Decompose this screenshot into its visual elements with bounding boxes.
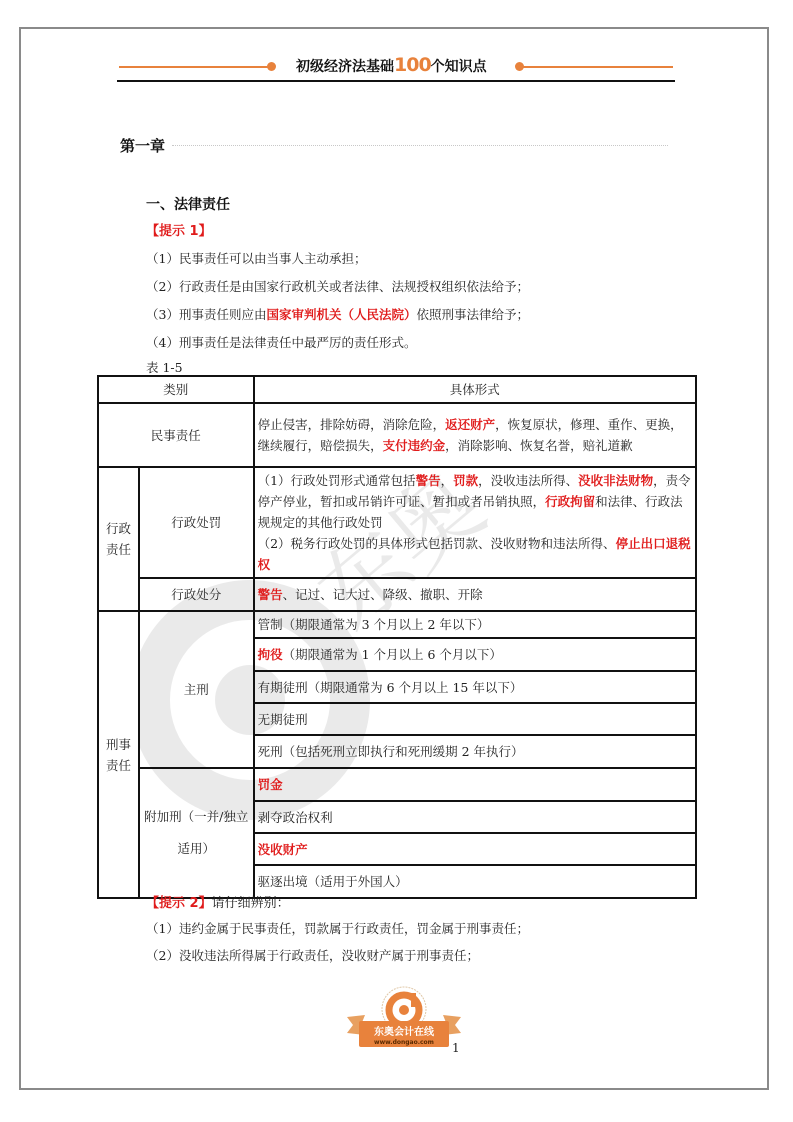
header-title: 初级经济法基础100个知识点 <box>296 54 487 76</box>
table-row-civil: 民事责任 停止侵害，排除妨碍，消除危险，返还财产，恢复原状，修理、重作、更换，继… <box>98 403 696 467</box>
header-dot-left <box>267 62 276 71</box>
chapter-rule <box>172 145 668 146</box>
supplementary-item: 没收财产 <box>254 833 696 865</box>
header-line-right <box>523 66 673 68</box>
tip1-item-3: （3）刑事责任则应由国家审判机关（人民法院）依照刑事法律给予； <box>146 305 529 323</box>
table-header-row: 类别 具体形式 <box>98 376 696 403</box>
criminal-category: 刑事责任 <box>98 611 139 898</box>
principal-item: 管制（期限通常为 3 个月以上 2 年以下） <box>254 611 696 638</box>
tip1-item-4: （4）刑事责任是法律责任中最严厉的责任形式。 <box>146 333 416 351</box>
header-title-prefix: 初级经济法基础 <box>296 59 394 75</box>
principal-item: 拘役（期限通常为 1 个月以上 6 个月以下） <box>254 638 696 671</box>
principal-label: 主刑 <box>139 611 254 768</box>
supplementary-item: 驱逐出境（适用于外国人） <box>254 865 696 898</box>
table-row-admin-penalty: 行政责任 行政处罚 （1）行政处罚形式通常包括警告，罚款，没收违法所得、没收非法… <box>98 467 696 578</box>
tip2-item-1: （1）违约金属于民事责任，罚款属于行政责任，罚金属于刑事责任； <box>146 919 529 937</box>
svg-text:东奥会计在线: 东奥会计在线 <box>374 1025 435 1038</box>
admin-sanction-label: 行政处分 <box>139 578 254 611</box>
admin-penalty-forms: （1）行政处罚形式通常包括警告，罚款，没收违法所得、没收非法财物，责令停产停业，… <box>254 467 696 578</box>
header-forms: 具体形式 <box>254 376 696 403</box>
liability-table: 类别 具体形式 民事责任 停止侵害，排除妨碍，消除危险，返还财产，恢复原状，修理… <box>97 375 697 899</box>
header-category: 类别 <box>98 376 254 403</box>
section-title: 一、法律责任 <box>146 194 230 214</box>
header-title-suffix: 个知识点 <box>431 59 487 75</box>
tip1-item-1: （1）民事责任可以由当事人主动承担； <box>146 249 366 267</box>
header-line-left <box>119 66 269 68</box>
page-number: 1 <box>452 1041 460 1055</box>
chapter-title: 第一章 <box>120 135 165 156</box>
highlight-court: 国家审判机关（人民法院） <box>266 307 416 322</box>
tip2-label: 【提示 2】 <box>146 896 212 911</box>
principal-item: 死刑（包括死刑立即执行和死刑缓期 2 年执行） <box>254 735 696 768</box>
principal-item: 有期徒刑（期限通常为 6 个月以上 15 年以下） <box>254 671 696 703</box>
svg-text:www.dongao.com: www.dongao.com <box>374 1039 434 1046</box>
table-row-admin-sanction: 行政处分 警告、记过、记大过、降级、撤职、开除 <box>98 578 696 611</box>
supplementary-item: 罚金 <box>254 768 696 801</box>
admin-sanction-forms: 警告、记过、记大过、降级、撤职、开除 <box>254 578 696 611</box>
principal-item: 无期徒刑 <box>254 703 696 735</box>
tip2-item-2: （2）没收违法所得属于行政责任，没收财产属于刑事责任； <box>146 946 479 964</box>
tip2-intro: 请仔细辨别： <box>212 896 290 911</box>
tip2: 【提示 2】请仔细辨别： <box>146 892 290 911</box>
admin-category: 行政责任 <box>98 467 139 611</box>
table-row-criminal: 附加刑（一并/独立适用） 罚金 <box>98 768 696 801</box>
header-rule <box>117 80 675 82</box>
admin-penalty-label: 行政处罚 <box>139 467 254 578</box>
civil-category: 民事责任 <box>98 403 254 467</box>
tip1-item-2: （2）行政责任是由国家行政机关或者法律、法规授权组织依法给予； <box>146 277 529 295</box>
civil-forms: 停止侵害，排除妨碍，消除危险，返还财产，恢复原状，修理、重作、更换，继续履行，赔… <box>254 403 696 467</box>
dongao-logo-icon: 东奥会计在线 www.dongao.com <box>345 985 463 1055</box>
supplementary-label: 附加刑（一并/独立适用） <box>139 768 254 898</box>
table-caption: 表 1-5 <box>146 358 183 376</box>
supplementary-item: 剥夺政治权利 <box>254 801 696 833</box>
header-title-number: 100 <box>394 54 431 76</box>
table-row-criminal: 刑事责任 主刑 管制（期限通常为 3 个月以上 2 年以下） <box>98 611 696 638</box>
tip1-label: 【提示 1】 <box>146 220 212 239</box>
